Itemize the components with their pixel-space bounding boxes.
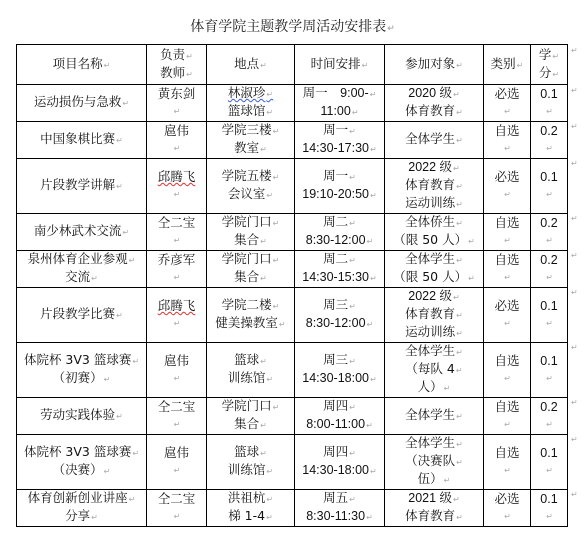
time-schedule-text: 8:30-12:00↵ bbox=[297, 315, 382, 333]
paragraph-mark-icon: ↵ bbox=[174, 273, 181, 282]
credit-cell: 0.2↵ bbox=[531, 398, 568, 435]
participants-text: 全体学生↵ bbox=[387, 435, 481, 453]
paragraph-mark-icon: ↵ bbox=[174, 512, 181, 521]
table-header-row: 项目名称↵负责↵教师↵地点↵时间安排↵参加对象↵类别↵学↵分↵ bbox=[17, 45, 568, 85]
paragraph-mark-icon: ↵ bbox=[456, 311, 463, 320]
location-text: 篮球馆↵ bbox=[209, 103, 292, 121]
teacher-text: 仝二宝 bbox=[149, 215, 204, 231]
project-name-text: 片段教学比赛↵ bbox=[19, 306, 144, 324]
paragraph-mark-icon: ↵ bbox=[453, 90, 460, 99]
time-schedule-text: 8:30-12:00↵ bbox=[297, 232, 382, 250]
project-name-cell: 片段教学讲解↵ bbox=[17, 159, 147, 214]
header-teacher-cell: 负责↵教师↵ bbox=[147, 45, 207, 85]
paragraph-mark-icon: ↵ bbox=[266, 191, 273, 200]
paragraph-mark-icon: ↵ bbox=[456, 440, 463, 449]
teacher-text: 邱腾飞 bbox=[149, 298, 204, 314]
paragraph-mark-icon: ↵ bbox=[349, 127, 356, 136]
time-schedule-text: 19:10-20:50↵ bbox=[297, 186, 382, 204]
paragraph-mark-icon: ↵ bbox=[266, 108, 273, 117]
location-text: 教室↵ bbox=[209, 140, 292, 158]
project-name-text: 体院杯 3V3 篮球赛↵ bbox=[19, 444, 144, 462]
paragraph-mark-icon: ↵ bbox=[174, 107, 181, 116]
title-text: 体育学院主题教学周活动安排表 bbox=[190, 19, 386, 35]
paragraph-mark-icon: ↵ bbox=[453, 293, 460, 302]
paragraph-mark-icon: ↵ bbox=[349, 219, 356, 228]
location-cell: 学院门口↵集合↵ bbox=[207, 214, 295, 251]
teacher-text: 扈伟 bbox=[149, 353, 204, 369]
paragraph-mark-icon: ↵ bbox=[260, 274, 267, 283]
project-name-text: 泉州体育企业参观↵ bbox=[19, 251, 144, 269]
time-schedule-text: 周一↵ bbox=[297, 168, 382, 186]
paragraph-mark-icon: ↵ bbox=[444, 384, 451, 393]
paragraph-mark-icon: ↵ bbox=[517, 61, 524, 70]
schedule-table: 项目名称↵负责↵教师↵地点↵时间安排↵参加对象↵类别↵学↵分↵运动损伤与急救↵黄… bbox=[16, 44, 568, 527]
paragraph-mark-icon: ↵ bbox=[453, 164, 460, 173]
end-of-row-mark-icon: ↵ bbox=[571, 46, 578, 55]
participants-text: 2021 级↵ bbox=[387, 490, 481, 508]
category-text: 自选 bbox=[486, 399, 528, 415]
header-credit-text: 分↵ bbox=[533, 65, 565, 83]
participants-text: 2022 级↵ bbox=[387, 288, 481, 306]
paragraph-mark-icon: ↵ bbox=[546, 236, 553, 245]
paragraph-mark-icon: ↵ bbox=[104, 375, 111, 384]
paragraph-mark-icon: ↵ bbox=[349, 173, 356, 182]
header-participants-cell: 参加对象↵ bbox=[385, 45, 484, 85]
end-of-row-mark-icon: ↵ bbox=[571, 159, 578, 168]
project-name-text: 分享↵ bbox=[19, 508, 144, 526]
paragraph-mark-icon: ↵ bbox=[273, 403, 280, 412]
credit-cell: 0.2↵ bbox=[531, 122, 568, 159]
participants-text: 伍）↵ bbox=[387, 471, 481, 489]
time-schedule-text: 14:30-18:00↵ bbox=[297, 462, 382, 480]
location-cell: 篮球↵训练馆↵ bbox=[207, 343, 295, 398]
category-text: 必选 bbox=[486, 298, 528, 314]
paragraph-mark-icon: ↵ bbox=[129, 256, 136, 265]
participants-cell: 全体侨生↵（限 50 人）↵ bbox=[385, 214, 484, 251]
paragraph-mark-icon: ↵ bbox=[349, 449, 356, 458]
participants-text: 全体学生↵ bbox=[387, 343, 481, 361]
category-cell: 必选↵ bbox=[484, 159, 531, 214]
paragraph-mark-icon: ↵ bbox=[129, 495, 136, 504]
paragraph-mark-icon: ↵ bbox=[362, 61, 369, 70]
teacher-cell: 扈伟↵ bbox=[147, 435, 207, 490]
time-schedule-text: 周三↵ bbox=[297, 297, 382, 315]
credit-cell: 0.1↵ bbox=[531, 85, 568, 122]
credit-cell: 0.2↵ bbox=[531, 214, 568, 251]
paragraph-mark-icon: ↵ bbox=[546, 374, 553, 383]
teacher-text: 扈伟 bbox=[149, 123, 204, 139]
paragraph-mark-icon: ↵ bbox=[273, 219, 280, 228]
paragraph-mark-icon: ↵ bbox=[546, 420, 553, 429]
paragraph-mark-icon: ↵ bbox=[546, 107, 553, 116]
paragraph-mark-icon: ↵ bbox=[104, 467, 111, 476]
location-cell: 学院三楼↵教室↵ bbox=[207, 122, 295, 159]
paragraph-mark-icon: ↵ bbox=[174, 236, 181, 245]
project-name-text: 劳动实践体验↵ bbox=[19, 407, 144, 425]
location-cell: 学院二楼↵健美操教室↵ bbox=[207, 288, 295, 343]
paragraph-mark-icon: ↵ bbox=[444, 476, 451, 485]
paragraph-mark-icon: ↵ bbox=[186, 70, 193, 79]
category-cell: 必选↵ bbox=[484, 85, 531, 122]
location-cell: 篮球↵训练馆↵ bbox=[207, 435, 295, 490]
credit-text: 0.1 bbox=[533, 298, 565, 314]
table-row: 劳动实践体验↵仝二宝↵学院门口↵集合↵周四↵8:00-11:00↵全体学生↵自选… bbox=[17, 398, 568, 435]
paragraph-mark-icon: ↵ bbox=[456, 366, 463, 375]
paragraph-mark-icon: ↵ bbox=[552, 70, 559, 79]
time-schedule-cell: 周二↵14:30-15:30↵ bbox=[295, 251, 385, 288]
teacher-cell: 仝二宝↵ bbox=[147, 214, 207, 251]
paragraph-mark-icon: ↵ bbox=[174, 319, 181, 328]
paragraph-mark-icon: ↵ bbox=[468, 237, 475, 246]
category-text: 必选 bbox=[486, 491, 528, 507]
paragraph-mark-icon: ↵ bbox=[456, 412, 463, 421]
credit-text: 0.2 bbox=[533, 215, 565, 231]
project-name-text: 体院杯 3V3 篮球赛↵ bbox=[19, 352, 144, 370]
project-name-text: 运动损伤与急救↵ bbox=[19, 94, 144, 112]
location-text: 学院门口↵ bbox=[209, 214, 292, 232]
time-schedule-text: 8:00-11:00↵ bbox=[297, 416, 382, 434]
credit-text: 0.2 bbox=[533, 399, 565, 415]
participants-text: 运动训练↵ bbox=[387, 195, 481, 213]
project-name-cell: 南少林武术交流↵ bbox=[17, 214, 147, 251]
table-row: 中国象棋比赛↵扈伟↵学院三楼↵教室↵周一↵14:30-17:30↵全体学生↵自选… bbox=[17, 122, 568, 159]
paragraph-mark-icon: ↵ bbox=[546, 512, 553, 521]
participants-text: 2020 级↵ bbox=[387, 85, 481, 103]
end-of-row-mark-icon: ↵ bbox=[571, 251, 578, 260]
paragraph-mark-icon: ↵ bbox=[116, 311, 123, 320]
category-cell: 必选↵ bbox=[484, 490, 531, 527]
paragraph-mark-icon: ↵ bbox=[352, 108, 359, 117]
paragraph-mark-icon: ↵ bbox=[174, 466, 181, 475]
category-text: 必选 bbox=[486, 169, 528, 185]
table-row: 体院杯 3V3 篮球赛↵（初赛）↵扈伟↵篮球↵训练馆↵周三↵14:30-18:0… bbox=[17, 343, 568, 398]
paragraph-mark-icon: ↵ bbox=[456, 219, 463, 228]
project-name-text: （决赛）↵ bbox=[19, 462, 144, 480]
teacher-text: 仝二宝 bbox=[149, 399, 204, 415]
paragraph-mark-icon: ↵ bbox=[349, 302, 356, 311]
location-cell: 学院门口↵集合↵ bbox=[207, 398, 295, 435]
time-schedule-text: 11:00↵ bbox=[297, 103, 382, 121]
time-schedule-text: 周四↵ bbox=[297, 444, 382, 462]
paragraph-mark-icon: ↵ bbox=[456, 513, 463, 522]
teacher-cell: 黄东剑↵ bbox=[147, 85, 207, 122]
project-name-cell: 体院杯 3V3 篮球赛↵（决赛）↵ bbox=[17, 435, 147, 490]
participants-text: （限 50 人）↵ bbox=[387, 232, 481, 250]
participants-cell: 2022 级↵体育教育↵运动训练↵ bbox=[385, 159, 484, 214]
table-row: 体育创新创业讲座↵分享↵仝二宝↵洪祖杭↵梯 1-4↵周五↵8:30-11:30↵… bbox=[17, 490, 568, 527]
credit-cell: 0.1↵ bbox=[531, 343, 568, 398]
paragraph-mark-icon: ↵ bbox=[266, 90, 273, 99]
participants-cell: 2021 级↵体育教育↵ bbox=[385, 490, 484, 527]
category-text: 必选 bbox=[486, 86, 528, 102]
teacher-cell: 邱腾飞↵ bbox=[147, 288, 207, 343]
category-text: 自选 bbox=[486, 252, 528, 268]
paragraph-mark-icon: ↵ bbox=[456, 200, 463, 209]
participants-text: 全体侨生↵ bbox=[387, 214, 481, 232]
category-cell: 自选↵ bbox=[484, 398, 531, 435]
paragraph-mark-icon: ↵ bbox=[260, 357, 267, 366]
time-schedule-text: 14:30-18:00↵ bbox=[297, 370, 382, 388]
end-of-row-mark-icon: ↵ bbox=[571, 288, 578, 297]
end-of-row-mark-icon: ↵ bbox=[571, 214, 578, 223]
paragraph-mark-icon: ↵ bbox=[504, 107, 511, 116]
location-text: 学院门口↵ bbox=[209, 398, 292, 416]
location-text: 集合↵ bbox=[209, 416, 292, 434]
teacher-text: 黄东剑 bbox=[149, 86, 204, 102]
time-schedule-text: 周二↵ bbox=[297, 251, 382, 269]
category-text: 自选 bbox=[486, 445, 528, 461]
location-text: 集合↵ bbox=[209, 232, 292, 250]
paragraph-mark-icon: ↵ bbox=[266, 495, 273, 504]
paragraph-mark-icon: ↵ bbox=[456, 329, 463, 338]
paragraph-mark-icon: ↵ bbox=[370, 191, 377, 200]
paragraph-mark-icon: ↵ bbox=[273, 302, 280, 311]
project-name-cell: 劳动实践体验↵ bbox=[17, 398, 147, 435]
time-schedule-text: 14:30-15:30↵ bbox=[297, 269, 382, 287]
header-category-cell: 类别↵ bbox=[484, 45, 531, 85]
paragraph-mark-icon: ↵ bbox=[349, 403, 356, 412]
end-of-row-mark-icon: ↵ bbox=[571, 398, 578, 407]
teacher-text: 仝二宝 bbox=[149, 491, 204, 507]
paragraph-mark-icon: ↵ bbox=[456, 136, 463, 145]
header-project-name-text: 项目名称↵ bbox=[19, 56, 144, 74]
teacher-cell: 扈伟↵ bbox=[147, 343, 207, 398]
paragraph-mark-icon: ↵ bbox=[504, 319, 511, 328]
table-row: 体院杯 3V3 篮球赛↵（决赛）↵扈伟↵篮球↵训练馆↵周四↵14:30-18:0… bbox=[17, 435, 568, 490]
header-category-text: 类别↵ bbox=[486, 56, 528, 74]
credit-text: 0.1 bbox=[533, 491, 565, 507]
participants-cell: 2020 级↵体育教育↵ bbox=[385, 85, 484, 122]
participants-cell: 2022 级↵体育教育↵运动训练↵ bbox=[385, 288, 484, 343]
participants-text: 体育教育↵ bbox=[387, 177, 481, 195]
project-name-text: 片段教学讲解↵ bbox=[19, 177, 144, 195]
paragraph-mark-icon: ↵ bbox=[504, 374, 511, 383]
time-schedule-text: 周四↵ bbox=[297, 398, 382, 416]
paragraph-mark-icon: ↵ bbox=[349, 357, 356, 366]
category-text: 自选 bbox=[486, 123, 528, 139]
paragraph-mark-icon: ↵ bbox=[266, 375, 273, 384]
time-schedule-cell: 周三↵8:30-12:00↵ bbox=[295, 288, 385, 343]
paragraph-mark-icon: ↵ bbox=[174, 190, 181, 199]
project-name-text: 中国象棋比赛↵ bbox=[19, 131, 144, 149]
participants-cell: 全体学生↵ bbox=[385, 122, 484, 159]
category-cell: 必选↵ bbox=[484, 288, 531, 343]
paragraph-mark-icon: ↵ bbox=[504, 512, 511, 521]
paragraph-mark-icon: ↵ bbox=[546, 190, 553, 199]
paragraph-mark-icon: ↵ bbox=[546, 319, 553, 328]
paragraph-mark-icon: ↵ bbox=[370, 467, 377, 476]
paragraph-mark-icon: ↵ bbox=[370, 90, 377, 99]
credit-text: 0.1 bbox=[533, 353, 565, 369]
time-schedule-text: 8:30-11:30↵ bbox=[297, 508, 382, 526]
participants-text: （决赛队↵ bbox=[387, 453, 481, 471]
paragraph-mark-icon: ↵ bbox=[370, 145, 377, 154]
end-of-row-mark-icon: ↵ bbox=[571, 435, 578, 444]
location-text: 梯 1-4↵ bbox=[209, 508, 292, 526]
category-cell: 自选↵ bbox=[484, 435, 531, 490]
credit-cell: 0.1↵ bbox=[531, 288, 568, 343]
paragraph-mark-icon: ↵ bbox=[504, 144, 511, 153]
participants-text: （每队 4↵ bbox=[387, 361, 481, 379]
credit-cell: 0.1↵ bbox=[531, 159, 568, 214]
credit-text: 0.1 bbox=[533, 445, 565, 461]
participants-text: 体育教育↵ bbox=[387, 103, 481, 121]
participants-text: 全体学生↵ bbox=[387, 251, 481, 269]
location-text: 集合↵ bbox=[209, 269, 292, 287]
paragraph-mark-icon: ↵ bbox=[504, 236, 511, 245]
paragraph-mark-icon: ↵ bbox=[116, 136, 123, 145]
time-schedule-text: 周一 9:00-↵ bbox=[297, 85, 382, 103]
paragraph-mark-icon: ↵ bbox=[349, 495, 356, 504]
paragraph-mark-icon: ↵ bbox=[122, 228, 129, 237]
teacher-text: 邱腾飞 bbox=[149, 169, 204, 185]
teacher-text: 扈伟 bbox=[149, 445, 204, 461]
paragraph-mark-icon: ↵ bbox=[116, 182, 123, 191]
table-row: 运动损伤与急救↵黄东剑↵林淑珍↵篮球馆↵周一 9:00-↵11:00↵2020 … bbox=[17, 85, 568, 122]
credit-text: 0.2 bbox=[533, 252, 565, 268]
paragraph-mark-icon: ↵ bbox=[132, 357, 139, 366]
category-cell: 自选↵ bbox=[484, 214, 531, 251]
paragraph-mark-icon: ↵ bbox=[260, 449, 267, 458]
credit-text: 0.2 bbox=[533, 123, 565, 139]
header-time-schedule-cell: 时间安排↵ bbox=[295, 45, 385, 85]
category-text: 自选 bbox=[486, 215, 528, 231]
participants-text: 体育教育↵ bbox=[387, 306, 481, 324]
location-text: 学院五楼↵ bbox=[209, 168, 292, 186]
location-text: 学院三楼↵ bbox=[209, 122, 292, 140]
project-name-cell: 体育创新创业讲座↵分享↵ bbox=[17, 490, 147, 527]
paragraph-mark-icon: ↵ bbox=[456, 256, 463, 265]
location-cell: 学院五楼↵会议室↵ bbox=[207, 159, 295, 214]
header-project-name-cell: 项目名称↵ bbox=[17, 45, 147, 85]
table-row: 片段教学比赛↵邱腾飞↵学院二楼↵健美操教室↵周三↵8:30-12:00↵2022… bbox=[17, 288, 568, 343]
end-of-row-mark-icon: ↵ bbox=[571, 490, 578, 499]
paragraph-mark-icon: ↵ bbox=[366, 513, 373, 522]
category-cell: 自选↵ bbox=[484, 251, 531, 288]
project-name-cell: 片段教学比赛↵ bbox=[17, 288, 147, 343]
header-credit-text: 学↵ bbox=[533, 47, 565, 65]
paragraph-mark-icon: ↵ bbox=[546, 466, 553, 475]
paragraph-mark-icon: ↵ bbox=[468, 274, 475, 283]
header-time-schedule-text: 时间安排↵ bbox=[297, 56, 382, 74]
project-name-cell: 中国象棋比赛↵ bbox=[17, 122, 147, 159]
time-schedule-text: 周一↵ bbox=[297, 122, 382, 140]
paragraph-mark-icon: ↵ bbox=[546, 273, 553, 282]
credit-text: 0.1 bbox=[533, 169, 565, 185]
participants-text: 2022 级↵ bbox=[387, 159, 481, 177]
paragraph-mark-icon: ↵ bbox=[366, 421, 373, 430]
paragraph-mark-icon: ↵ bbox=[132, 449, 139, 458]
paragraph-mark-icon: ↵ bbox=[504, 190, 511, 199]
teacher-text: 乔彦军 bbox=[149, 252, 204, 268]
credit-text: 0.1 bbox=[533, 86, 565, 102]
paragraph-mark-icon: ↵ bbox=[456, 182, 463, 191]
header-credit-cell: 学↵分↵ bbox=[531, 45, 568, 85]
table-row: 南少林武术交流↵仝二宝↵学院门口↵集合↵周二↵8:30-12:00↵全体侨生↵（… bbox=[17, 214, 568, 251]
table-row: 片段教学讲解↵邱腾飞↵学院五楼↵会议室↵周一↵19:10-20:50↵2022 … bbox=[17, 159, 568, 214]
header-teacher-text: 教师↵ bbox=[149, 65, 204, 83]
participants-cell: 全体学生↵（决赛队↵伍）↵ bbox=[385, 435, 484, 490]
participants-cell: 全体学生↵（限 50 人）↵ bbox=[385, 251, 484, 288]
time-schedule-cell: 周五↵8:30-11:30↵ bbox=[295, 490, 385, 527]
paragraph-mark-icon: ↵ bbox=[174, 420, 181, 429]
category-cell: 自选↵ bbox=[484, 343, 531, 398]
teacher-cell: 乔彦军↵ bbox=[147, 251, 207, 288]
paragraph-mark-icon: ↵ bbox=[504, 273, 511, 282]
paragraph-mark-icon: ↵ bbox=[91, 513, 98, 522]
paragraph-mark-icon: ↵ bbox=[122, 99, 129, 108]
teacher-cell: 仝二宝↵ bbox=[147, 398, 207, 435]
header-location-text: 地点↵ bbox=[209, 56, 292, 74]
end-of-row-mark-icon: ↵ bbox=[571, 343, 578, 352]
teacher-cell: 扈伟↵ bbox=[147, 122, 207, 159]
time-schedule-cell: 周四↵14:30-18:00↵ bbox=[295, 435, 385, 490]
document-title: 体育学院主题教学周活动安排表↵ bbox=[0, 16, 585, 36]
time-schedule-cell: 周一↵14:30-17:30↵ bbox=[295, 122, 385, 159]
paragraph-mark-icon: ↵ bbox=[266, 513, 273, 522]
location-text: 学院二楼↵ bbox=[209, 297, 292, 315]
paragraph-mark-icon: ↵ bbox=[367, 237, 374, 246]
paragraph-mark-icon: ↵ bbox=[546, 144, 553, 153]
paragraph-mark-icon: ↵ bbox=[367, 320, 374, 329]
participants-text: 人）↵ bbox=[387, 379, 481, 397]
participants-text: 全体学生↵ bbox=[387, 131, 481, 149]
location-cell: 洪祖杭↵梯 1-4↵ bbox=[207, 490, 295, 527]
paragraph-mark-icon: ↵ bbox=[273, 173, 280, 182]
participants-cell: 全体学生↵（每队 4↵人）↵ bbox=[385, 343, 484, 398]
paragraph-mark-icon: ↵ bbox=[260, 421, 267, 430]
participants-text: 体育教育↵ bbox=[387, 508, 481, 526]
credit-cell: 0.1↵ bbox=[531, 490, 568, 527]
participants-text: （限 50 人）↵ bbox=[387, 269, 481, 287]
credit-cell: 0.1↵ bbox=[531, 435, 568, 490]
time-schedule-text: 周三↵ bbox=[297, 352, 382, 370]
participants-text: 全体学生↵ bbox=[387, 407, 481, 425]
paragraph-mark-icon: ↵ bbox=[91, 274, 98, 283]
paragraph-mark-icon: ↵ bbox=[260, 145, 267, 154]
location-text: 训练馆↵ bbox=[209, 462, 292, 480]
project-name-cell: 泉州体育企业参观↵交流↵ bbox=[17, 251, 147, 288]
paragraph-mark-icon: ↵ bbox=[504, 420, 511, 429]
time-schedule-cell: 周四↵8:00-11:00↵ bbox=[295, 398, 385, 435]
end-of-row-mark-icon: ↵ bbox=[571, 122, 578, 131]
location-text: 训练馆↵ bbox=[209, 370, 292, 388]
paragraph-mark-icon: ↵ bbox=[456, 458, 463, 467]
paragraph-mark-icon: ↵ bbox=[273, 256, 280, 265]
time-schedule-cell: 周一 9:00-↵11:00↵ bbox=[295, 85, 385, 122]
time-schedule-cell: 周二↵8:30-12:00↵ bbox=[295, 214, 385, 251]
paragraph-mark-icon: ↵ bbox=[266, 467, 273, 476]
header-teacher-text: 负责↵ bbox=[149, 47, 204, 65]
location-text: 林淑珍↵ bbox=[209, 85, 292, 103]
paragraph-mark-icon: ↵ bbox=[387, 24, 395, 34]
project-name-cell: 体院杯 3V3 篮球赛↵（初赛）↵ bbox=[17, 343, 147, 398]
paragraph-mark-icon: ↵ bbox=[456, 108, 463, 117]
participants-text: 运动训练↵ bbox=[387, 324, 481, 342]
paragraph-mark-icon: ↵ bbox=[273, 127, 280, 136]
project-name-text: 南少林武术交流↵ bbox=[19, 223, 144, 241]
table-row: 泉州体育企业参观↵交流↵乔彦军↵学院门口↵集合↵周二↵14:30-15:30↵全… bbox=[17, 251, 568, 288]
project-name-cell: 运动损伤与急救↵ bbox=[17, 85, 147, 122]
time-schedule-cell: 周一↵19:10-20:50↵ bbox=[295, 159, 385, 214]
paragraph-mark-icon: ↵ bbox=[116, 412, 123, 421]
credit-cell: 0.2↵ bbox=[531, 251, 568, 288]
project-name-text: 交流↵ bbox=[19, 269, 144, 287]
time-schedule-text: 14:30-17:30↵ bbox=[297, 140, 382, 158]
category-cell: 自选↵ bbox=[484, 122, 531, 159]
project-name-text: 体育创新创业讲座↵ bbox=[19, 490, 144, 508]
location-text: 篮球↵ bbox=[209, 352, 292, 370]
